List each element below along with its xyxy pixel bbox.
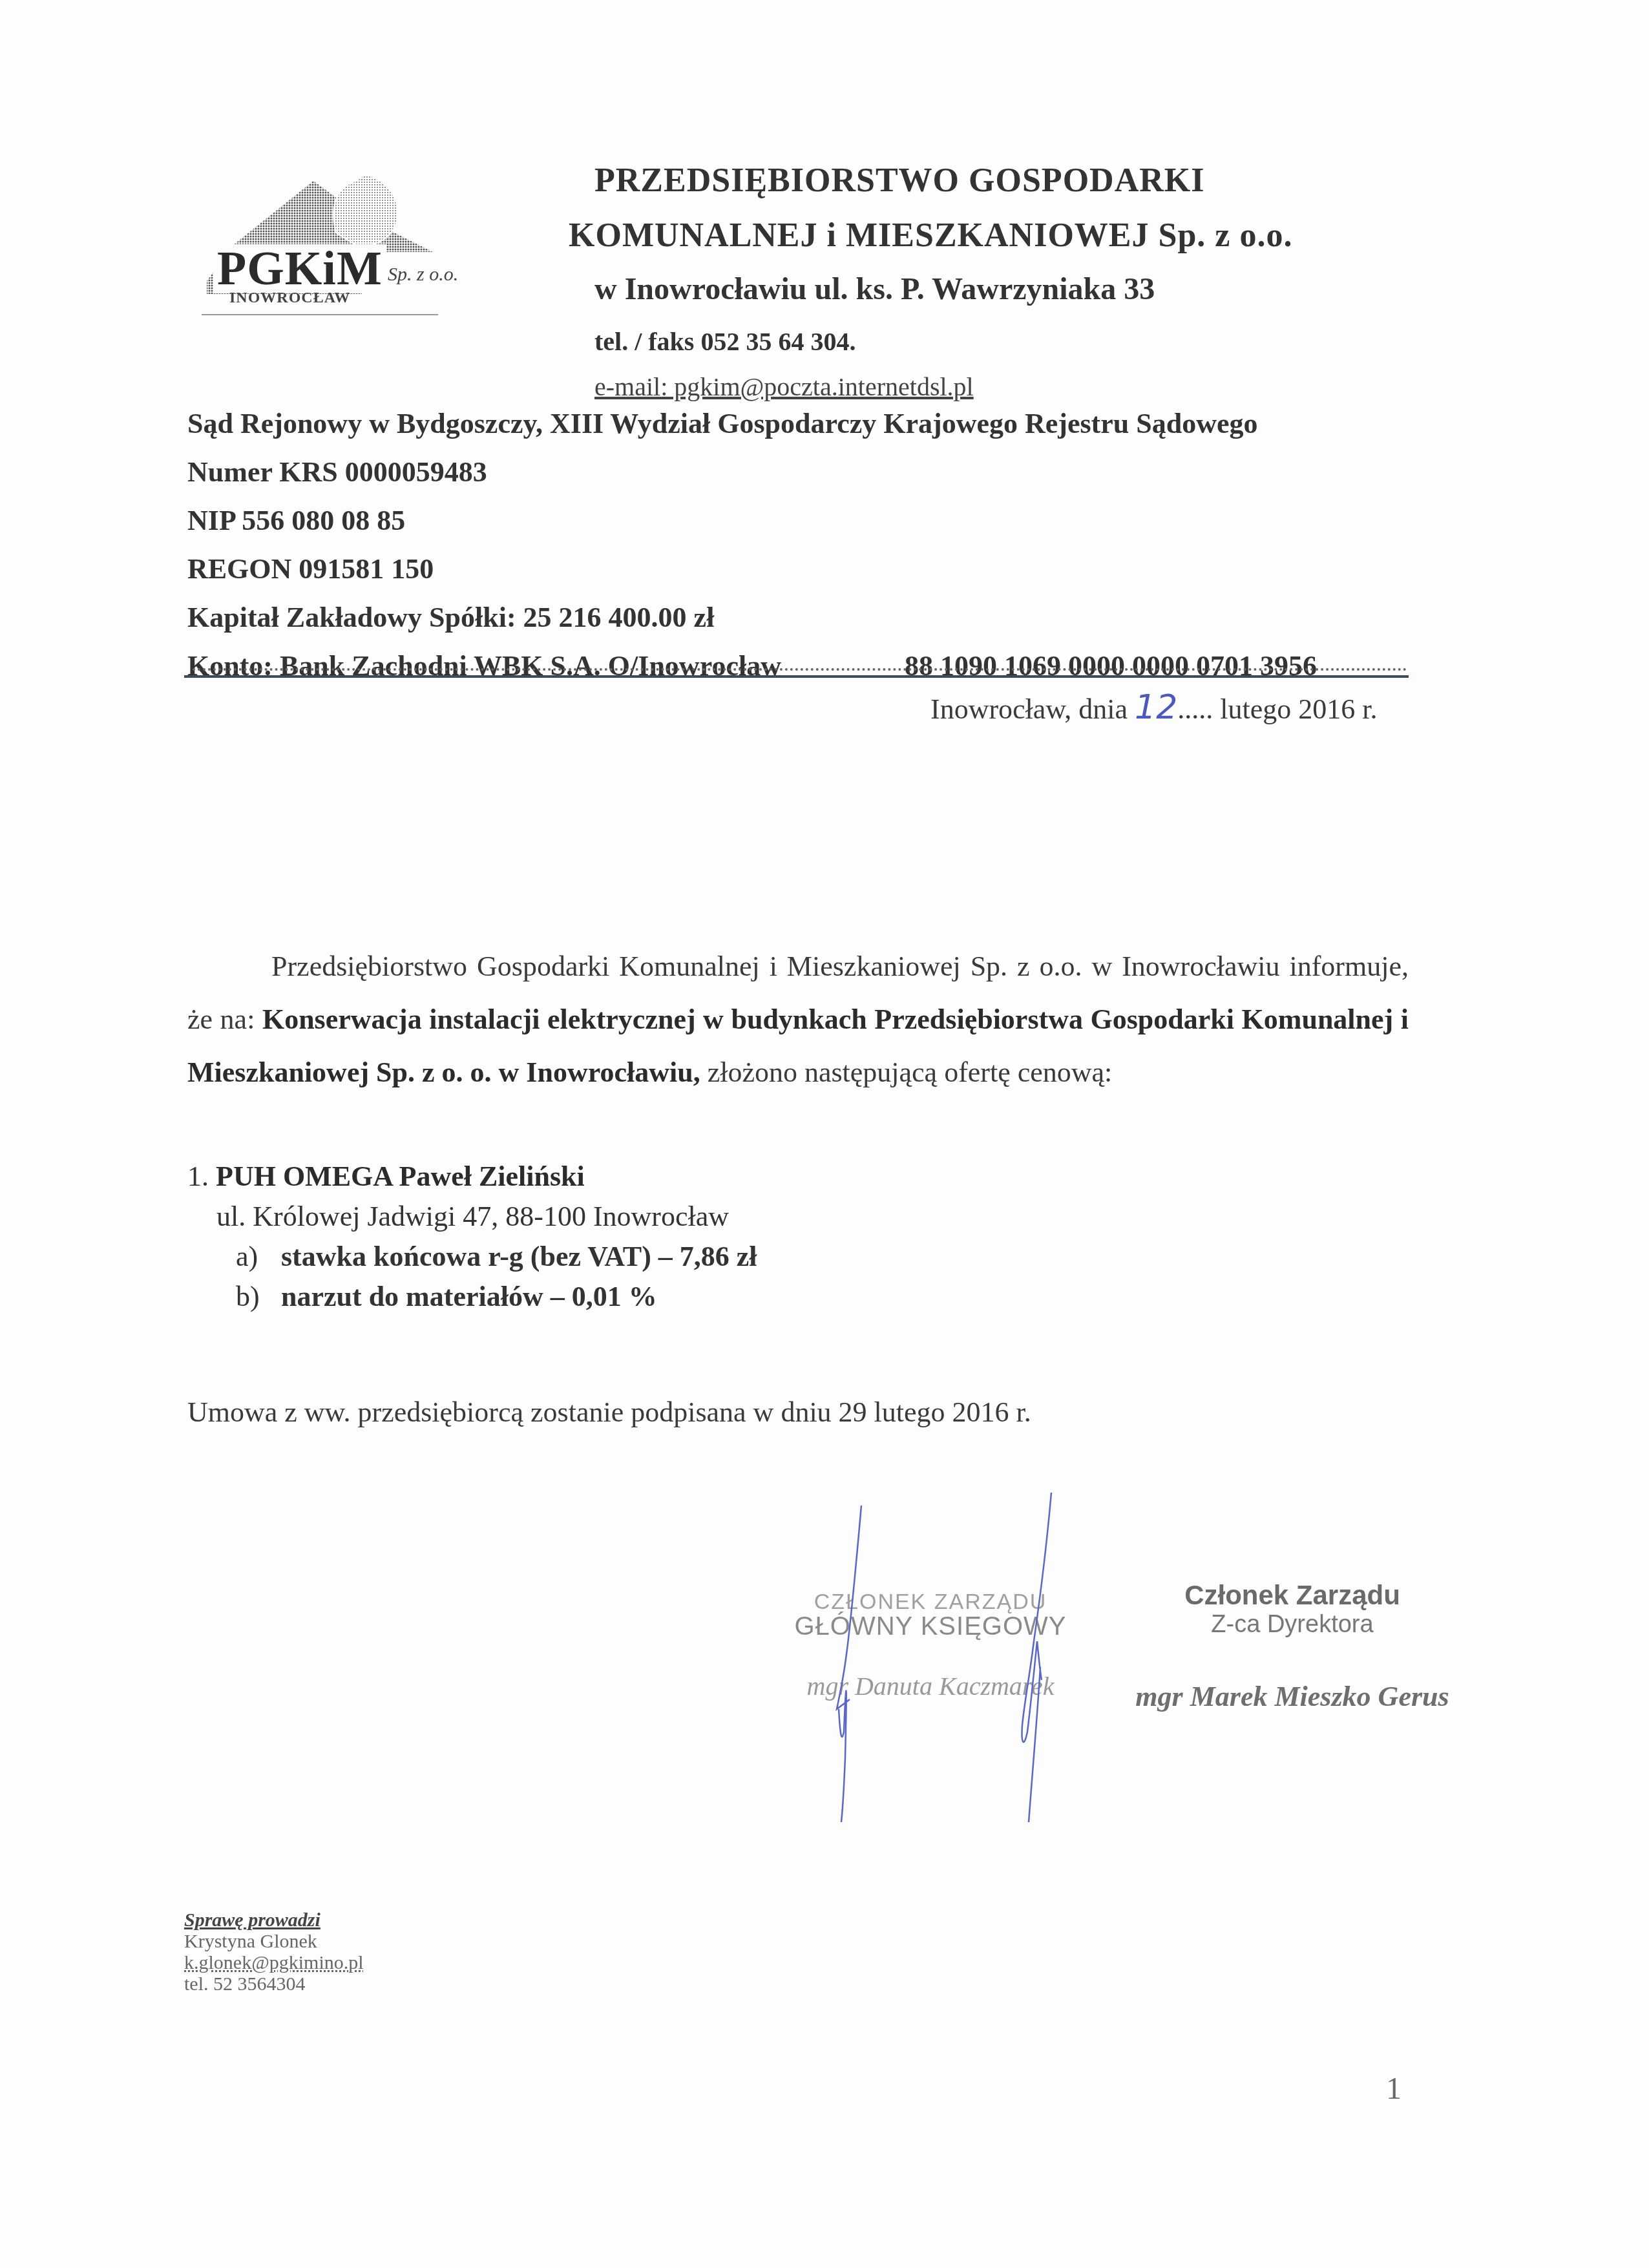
company-logo: PGKiM INOWROCŁAW Sp. z o.o. [200,155,472,323]
offer-rate: a)stawka końcowa r-g (bez VAT) – 7,86 zł [236,1240,757,1273]
offer-markup-text: narzut do materiałów – 0,01 % [281,1281,657,1312]
date-suffix: ..... lutego 2016 r. [1177,693,1377,725]
share-capital: Kapitał Zakładowy Spółki: 25 216 400.00 … [187,601,714,634]
company-name-line1: PRZEDSIĘBIORSTWO GOSPODARKI [594,162,1204,200]
contact-heading: Sprawę prowadzi [184,1909,364,1931]
logo-name: PGKiM [213,244,386,293]
stamp-title: Członek Zarządu [1111,1580,1473,1611]
body-paragraph: Przedsiębiorstwo Gospodarki Komunalnej i… [187,940,1409,1099]
case-handler-contact: Sprawę prowadzi Krystyna Glonek k.glonek… [184,1909,364,1995]
logo-legal-form: Sp. z o.o. [388,264,458,286]
offer-address: ul. Królowej Jadwigi 47, 88-100 Inowrocł… [216,1200,729,1233]
offer-item: 1. PUH OMEGA Paweł Zieliński [187,1160,585,1193]
contact-phone: tel. 52 3564304 [184,1973,364,1995]
offer-markup-label: b) [236,1280,281,1313]
krs-number: Numer KRS 0000059483 [187,456,487,488]
company-name-line2: KOMUNALNEJ i MIESZKANIOWEJ Sp. z o.o. [569,216,1292,255]
stamp-role: GŁÓWNY KSIĘGOWY [762,1612,1098,1641]
page-number: 1 [1386,2071,1402,2106]
stamp-name: mgr Danuta Kaczmarek [762,1671,1098,1701]
header-divider [184,675,1409,678]
court-registration: Sąd Rejonowy w Bydgoszczy, XIII Wydział … [187,407,1258,440]
offer-markup: b)narzut do materiałów – 0,01 % [236,1280,657,1313]
offer-rate-label: a) [236,1240,281,1273]
contact-email-link[interactable]: k.glonek@pgkimino.pl [184,1952,364,1973]
regon-number: REGON 091581 150 [187,552,434,585]
nip-number: NIP 556 080 08 85 [187,504,405,537]
company-phone: tel. / faks 052 35 64 304. [594,326,856,357]
company-address: w Inowrocławiu ul. ks. P. Wawrzyniaka 33 [594,271,1155,307]
handwritten-day: 12 [1135,688,1177,727]
logo-city: INOWROCŁAW [229,289,350,307]
offer-number: 1. [187,1160,209,1192]
stamp-title: CZŁONEK ZARZĄDU [762,1590,1098,1615]
contract-statement: Umowa z ww. przedsiębiorcą zostanie podp… [187,1396,1031,1429]
contact-name: Krystyna Glonek [184,1931,364,1952]
date-prefix: Inowrocław, dnia [930,693,1135,725]
company-email-link[interactable]: e-mail: pgkim@poczta.internetdsl.pl [594,372,974,402]
logo-divider [202,314,438,315]
stamp-deputy-director: Członek Zarządu Z-ca Dyrektora mgr Marek… [1111,1580,1473,1713]
offer-company: PUH OMEGA Paweł Zieliński [216,1160,585,1192]
stamp-name: mgr Marek Mieszko Gerus [1111,1680,1473,1713]
outro-text: złożono następującą ofertę cenową: [700,1056,1113,1088]
stamp-chief-accountant: CZŁONEK ZARZĄDU GŁÓWNY KSIĘGOWY mgr Danu… [762,1590,1098,1701]
document-date: Inowrocław, dnia 12..... lutego 2016 r. [930,688,1377,727]
stamp-role: Z-ca Dyrektora [1111,1611,1473,1639]
offer-rate-text: stawka końcowa r-g (bez VAT) – 7,86 zł [281,1241,757,1272]
